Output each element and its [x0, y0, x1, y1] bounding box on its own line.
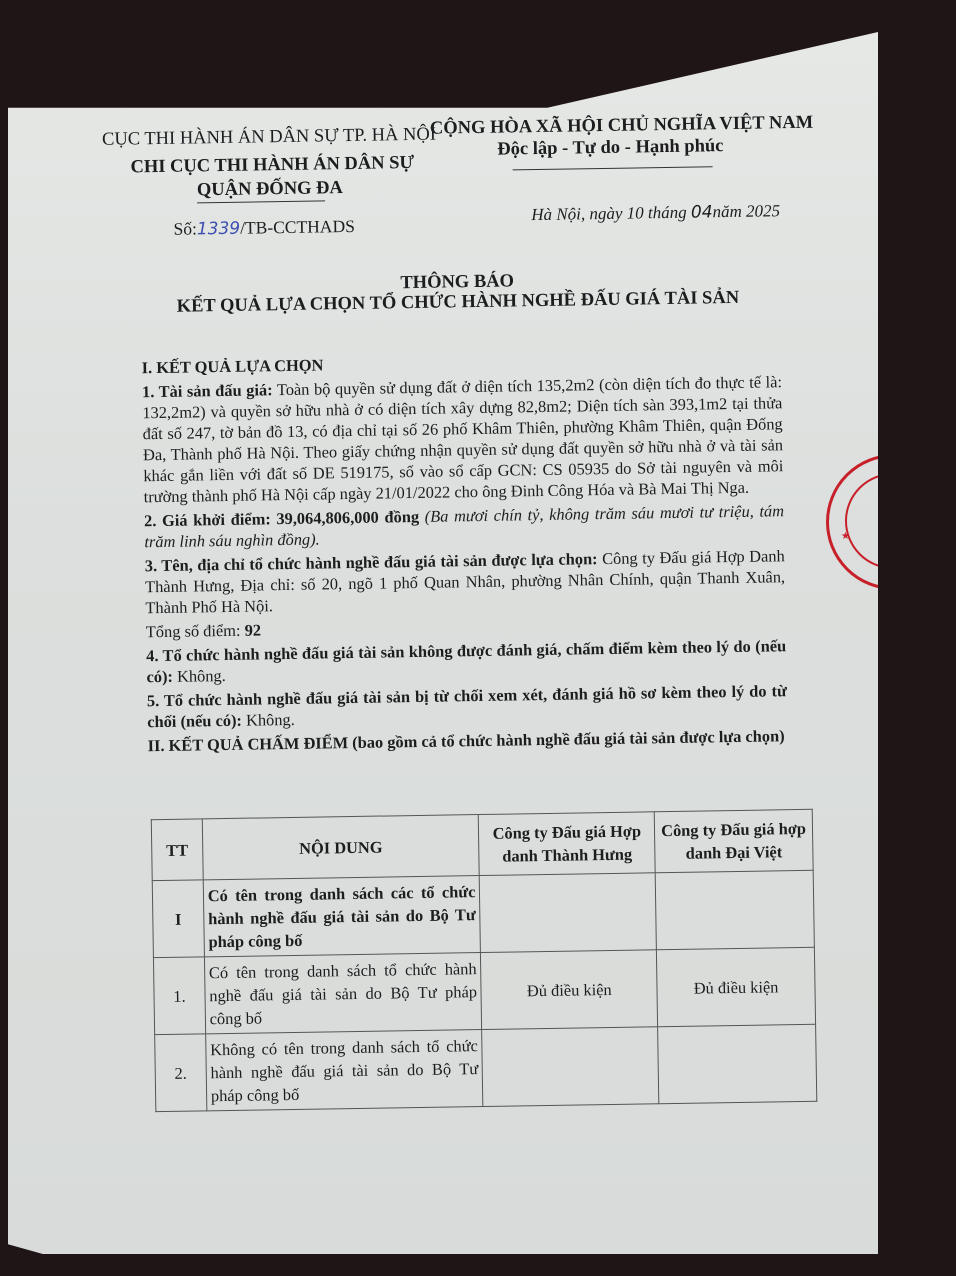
item-asset: 1. Tài sản đấu giá: Toàn bộ quyền sử dụn…: [142, 371, 784, 507]
divider: [513, 166, 713, 170]
table-row: 2. Không có tên trong danh sách tổ chức …: [155, 1024, 817, 1111]
table-row: 1. Có tên trong danh sách tổ chức hành n…: [153, 947, 815, 1034]
agency-parent: CỤC THI HÀNH ÁN DÂN SỰ TP. HÀ NỘI: [102, 125, 436, 151]
background-edge: [878, 440, 956, 1276]
item-not-evaluated: 4. Tổ chức hành nghề đấu giá tài sản khô…: [146, 635, 787, 687]
agency-name: CHI CỤC THI HÀNH ÁN DÂN SỰ: [130, 153, 414, 178]
doc-body: I. KẾT QUẢ LỰA CHỌN 1. Tài sản đấu giá: …: [142, 347, 788, 759]
agency-district: QUẬN ĐỐNG ĐA: [197, 178, 343, 201]
issue-date: Hà Nội, ngày 10 tháng 04năm 2025: [531, 201, 780, 225]
handwritten-number: 1339: [197, 219, 241, 240]
table-header: TT NỘI DUNG Công ty Đấu giá Hợp danh Thà…: [151, 809, 813, 880]
table-row: I Có tên trong danh sách các tổ chức hàn…: [152, 870, 814, 957]
score-table: TT NỘI DUNG Công ty Đấu giá Hợp danh Thà…: [151, 809, 818, 1112]
handwritten-month: 04: [691, 202, 713, 222]
item-rejected: 5. Tổ chức hành nghề đấu giá tài sản bị …: [147, 680, 788, 732]
document: CỤC THI HÀNH ÁN DÂN SỰ TP. HÀ NỘI CHI CỤ…: [0, 0, 956, 1276]
country-name: CỘNG HÒA XÃ HỘI CHỦ NGHĨA VIỆT NAM: [430, 113, 814, 140]
item-starting-price: 2. Giá khởi điểm: 39,064,806,000 đồng (B…: [144, 500, 785, 552]
star-icon: ★: [841, 531, 850, 542]
doc-subtitle: KẾT QUẢ LỰA CHỌN TỔ CHỨC HÀNH NGHỀ ĐẤU G…: [177, 288, 740, 318]
doc-number: Số:1339/TB-CCTHADS: [173, 216, 355, 240]
motto: Độc lập - Tự do - Hạnh phúc: [497, 136, 723, 161]
item-selected-org: 3. Tên, địa chỉ tổ chức hành nghề đấu gi…: [145, 545, 786, 618]
